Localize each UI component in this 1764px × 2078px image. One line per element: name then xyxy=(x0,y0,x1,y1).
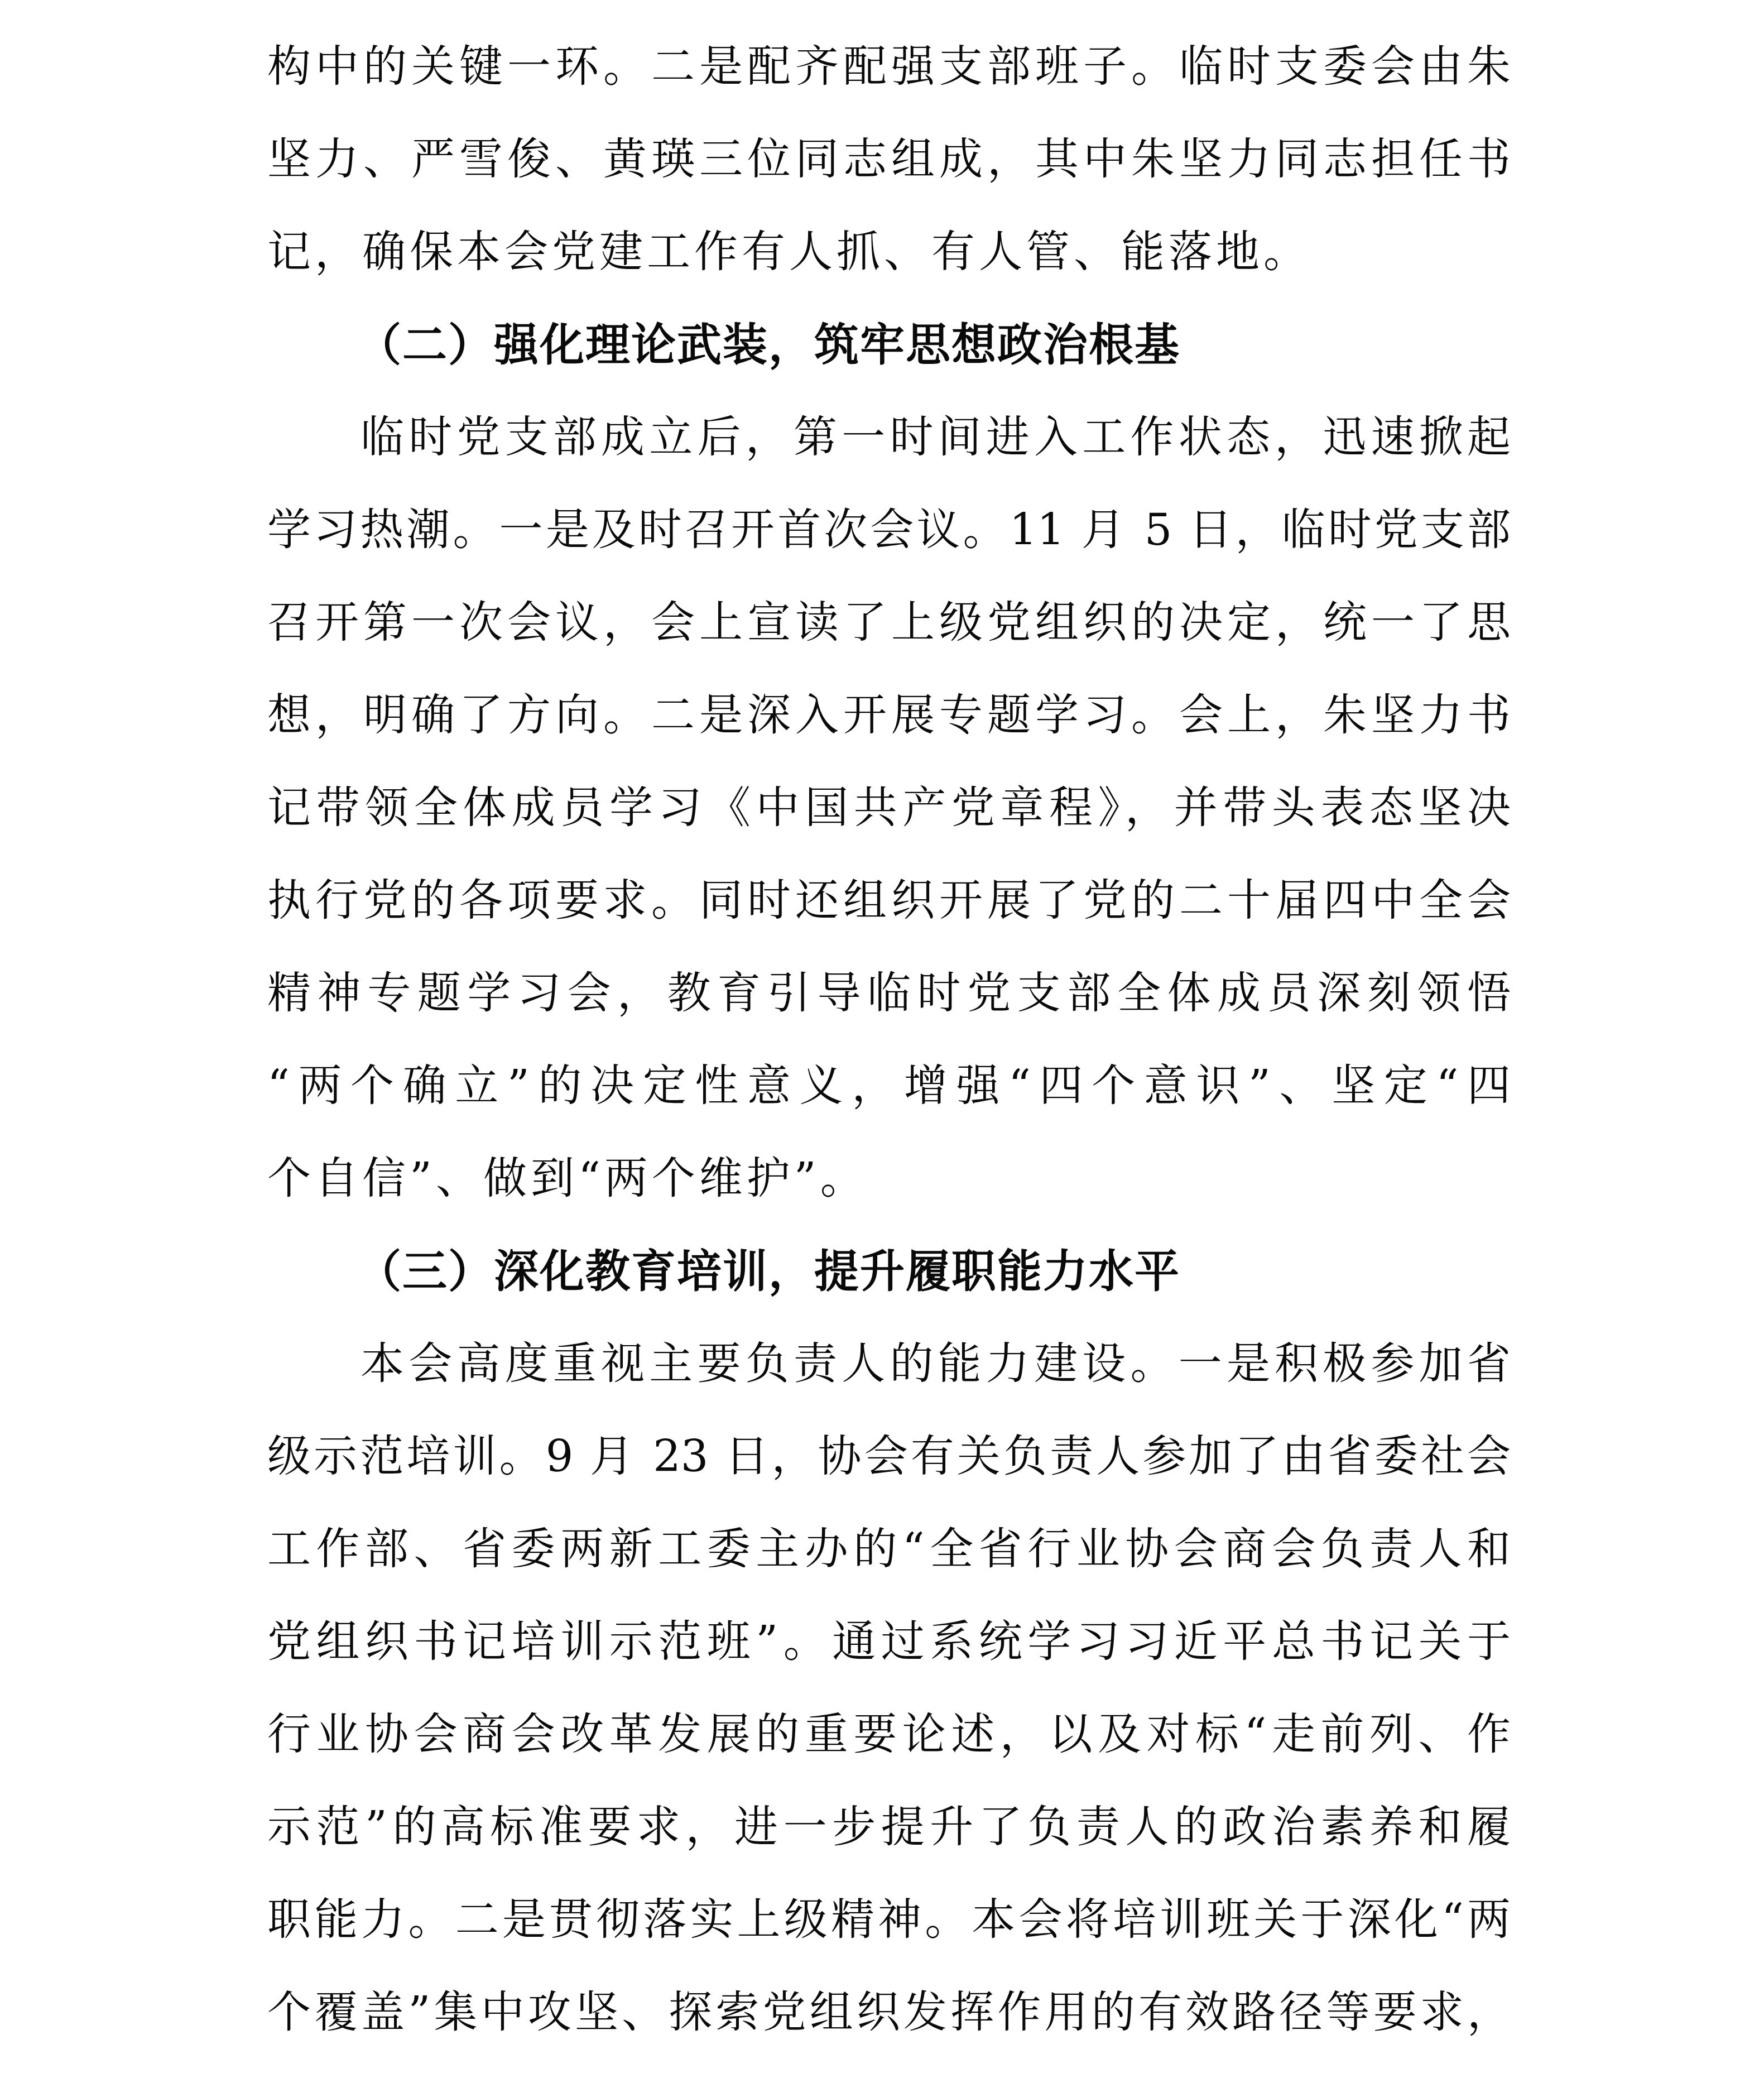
text-line: 本会高度重视主要负责人的能力建设。一是积极参加省 xyxy=(267,1318,1511,1410)
text-line: 示范”的高标准要求，进一步提升了负责人的政治素养和履 xyxy=(267,1781,1511,1874)
section-heading-2: （二）强化理论武装，筑牢思想政治根基 xyxy=(267,299,1511,391)
text-line: 构中的关键一环。二是配齐配强支部班子。临时支委会由朱 xyxy=(267,21,1511,113)
text-line: 党组织书记培训示范班”。通过系统学习习近平总书记关于 xyxy=(267,1596,1511,1688)
text-line: 执行党的各项要求。同时还组织开展了党的二十届四中全会 xyxy=(267,855,1511,947)
text-line: 精神专题学习会，教育引导临时党支部全体成员深刻领悟 xyxy=(267,947,1511,1040)
text-line: 临时党支部成立后，第一时间进入工作状态，迅速掀起 xyxy=(267,391,1511,484)
text-line: 学习热潮。一是及时召开首次会议。11 月 5 日，临时党支部 xyxy=(267,484,1511,577)
text-line: “两个确立”的决定性意义，增强“四个意识”、坚定“四 xyxy=(267,1040,1511,1132)
paragraph-training: 本会高度重视主要负责人的能力建设。一是积极参加省 级示范培训。9 月 23 日，… xyxy=(267,1318,1511,2059)
paragraph-theory-study: 临时党支部成立后，第一时间进入工作状态，迅速掀起 学习热潮。一是及时召开首次会议… xyxy=(267,391,1511,1225)
text-line: 想，明确了方向。二是深入开展专题学习。会上，朱坚力书 xyxy=(267,669,1511,762)
text-line: 个覆盖”集中攻坚、探索党组织发挥作用的有效路径等要求， xyxy=(267,1966,1511,2059)
text-line: 行业协会商会改革发展的重要论述，以及对标“走前列、作 xyxy=(267,1688,1511,1781)
text-line: 工作部、省委两新工委主办的“全省行业协会商会负责人和 xyxy=(267,1503,1511,1596)
text-line: 职能力。二是贯彻落实上级精神。本会将培训班关于深化“两 xyxy=(267,1874,1511,1966)
document-page: 构中的关键一环。二是配齐配强支部班子。临时支委会由朱 坚力、严雪俊、黄瑛三位同志… xyxy=(267,21,1511,2059)
text-line: 级示范培训。9 月 23 日，协会有关负责人参加了由省委社会 xyxy=(267,1410,1511,1503)
text-line: 个自信”、做到“两个维护”。 xyxy=(267,1132,1511,1225)
text-line: 坚力、严雪俊、黄瑛三位同志组成，其中朱坚力同志担任书 xyxy=(267,113,1511,206)
text-line: 记，确保本会党建工作有人抓、有人管、能落地。 xyxy=(267,206,1511,299)
text-line: 召开第一次会议，会上宣读了上级党组织的决定，统一了思 xyxy=(267,577,1511,669)
section-heading-3: （三）深化教育培训，提升履职能力水平 xyxy=(267,1225,1511,1318)
paragraph-continued: 构中的关键一环。二是配齐配强支部班子。临时支委会由朱 坚力、严雪俊、黄瑛三位同志… xyxy=(267,21,1511,299)
text-line: 记带领全体成员学习《中国共产党章程》，并带头表态坚决 xyxy=(267,762,1511,855)
